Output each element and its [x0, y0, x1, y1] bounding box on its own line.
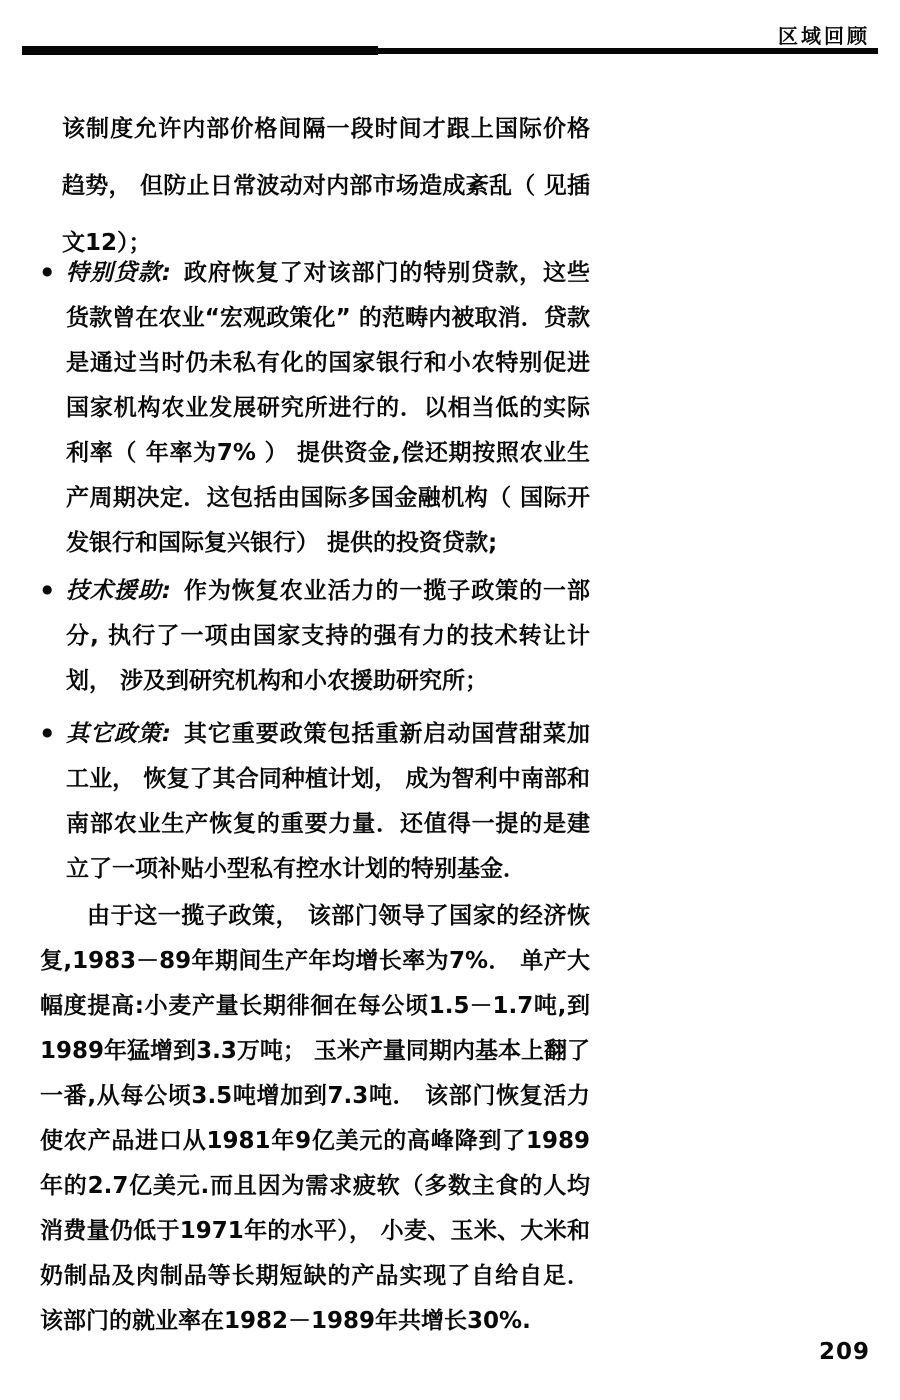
bullet-text-special-loans: 政府恢复了对该部门的特别贷款，这些货款曾在农业“宏观政策化” 的范畴内被取消．贷…	[66, 260, 590, 556]
intro-paragraph: 该制度允许内部价格间隔一段时间才跟上国际价格趋势， 但防止日常波动对内部市场造成…	[62, 101, 590, 272]
closing-paragraph: 由于这一揽子政策， 该部门领导了国家的经济恢复,1983－89年期间生产年均增长…	[40, 894, 590, 1344]
bullet-icon: ●	[42, 583, 52, 595]
page-number: 209	[819, 1339, 870, 1365]
bullet-item-other-policies: ● 其它政策:其它重要政策包括重新启动国营甜菜加工业， 恢复了其合同种植计划， …	[66, 712, 590, 892]
bullet-icon: ●	[42, 265, 52, 277]
bullet-icon: ●	[42, 726, 52, 738]
document-page: 区域回顾 该制度允许内部价格间隔一段时间才跟上国际价格趋势， 但防止日常波动对内…	[0, 0, 900, 1400]
running-head: 区域回顾	[778, 20, 870, 49]
header-rule	[22, 48, 878, 54]
bullet-label-special-loans: 特别贷款:	[66, 260, 183, 286]
bullet-item-technical-assistance: ● 技术援助:作为恢复农业活力的一揽子政策的一部分, 执行了一项由国家支持的强有…	[66, 569, 590, 704]
bullet-label-other-policies: 其它政策:	[66, 721, 183, 747]
bullet-item-special-loans: ● 特别贷款:政府恢复了对该部门的特别贷款，这些货款曾在农业“宏观政策化” 的范…	[66, 251, 590, 566]
bullet-label-technical-assistance: 技术援助:	[66, 578, 183, 604]
